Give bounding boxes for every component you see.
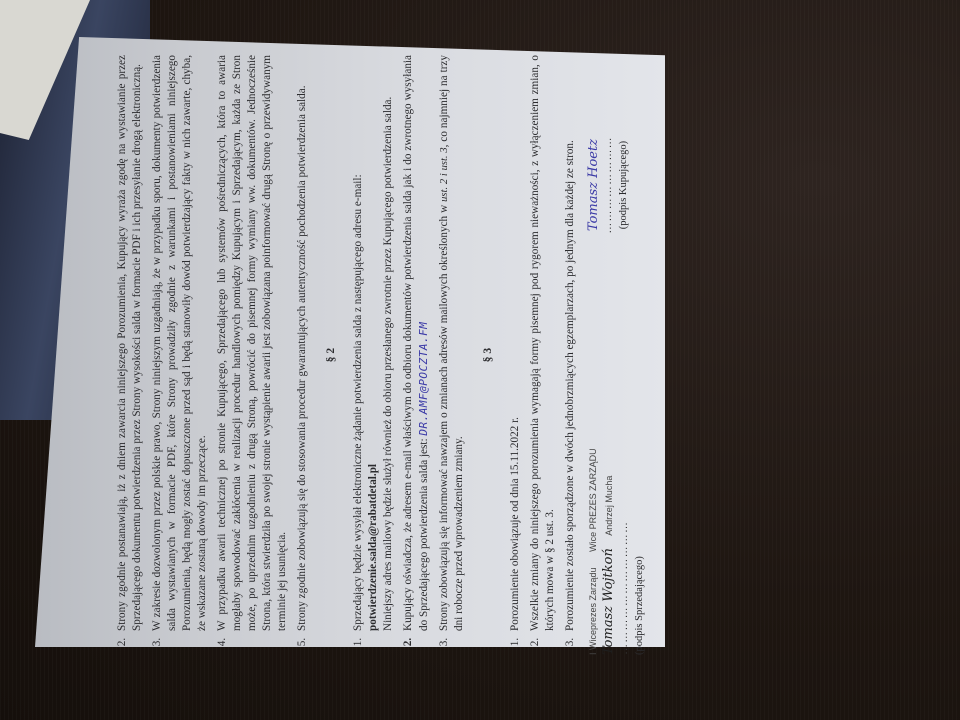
section3-item-3: Porozumienie zostało sporządzone w dwóch… — [563, 55, 578, 635]
section1-item-3: W zakresie dozwolonym przez polskie praw… — [150, 55, 210, 635]
section2-item1-text: Sprzedający będzie wysyłał elektroniczne… — [352, 174, 364, 631]
buyer-signature-caption: (podpis Kupującego) — [616, 105, 631, 265]
buyer-signature-line: …………………… — [601, 105, 616, 265]
section3-list: Porozumienie obowiązuje od dnia 15.11.20… — [508, 55, 578, 655]
section2-item3-ref: ust. 2 i ust. 3 — [439, 147, 450, 201]
seller-stamp-2: Wice PREZES ZARZĄDU — [588, 448, 598, 552]
signatures-area: I Wiceprezes Zarządu Wice PREZES ZARZĄDU… — [586, 55, 666, 655]
section2-heading: § 2 — [324, 55, 339, 655]
section2-item-2: Kupujący oświadcza, że adresem e-mail wł… — [401, 55, 432, 635]
section2-item3-text: Strony zobowiązują się informować nawzaj… — [438, 205, 450, 631]
section2-list: Sprzedający będzie wysyłał elektroniczne… — [351, 55, 467, 655]
seller-signature-1: Tomasz Wojtkoń — [601, 548, 616, 655]
seller-signature-line: …………………………… — [617, 395, 632, 655]
seller-stamp-2-name: Andrzej Mucha — [604, 476, 614, 536]
section3-item-1: Porozumienie obowiązuje od dnia 15.11.20… — [508, 55, 523, 635]
section3-heading: § 3 — [481, 55, 496, 655]
agreement-document: Strony zgodnie postanawiają, iż z dniem … — [115, 55, 695, 655]
section2-item1-text-after: Niniejszy adres mailowy będzie służył ró… — [382, 97, 394, 631]
seller-signature-block: I Wiceprezes Zarządu Wice PREZES ZARZĄDU… — [586, 395, 647, 655]
section1-item-5: Strony zgodnie zobowiązują się do stosow… — [295, 55, 310, 635]
buyer-signature-block: Tomasz Hoetz …………………… (podpis Kupującego… — [586, 105, 631, 265]
section2-item-3: Strony zobowiązują się informować nawzaj… — [437, 55, 467, 635]
section2-item-1: Sprzedający będzie wysyłał elektroniczne… — [351, 55, 396, 635]
section1-list: Strony zgodnie postanawiają, iż z dniem … — [115, 55, 310, 655]
section1-item-2: Strony zgodnie postanawiają, iż z dniem … — [115, 55, 145, 635]
buyer-signature: Tomasz Hoetz — [586, 105, 601, 265]
seller-signature-caption: (podpis Sprzedającego) — [632, 395, 647, 655]
seller-stamp-1: I Wiceprezes Zarządu — [588, 567, 598, 655]
section1-item-4: W przypadku awarii technicznej po stroni… — [215, 55, 290, 635]
buyer-handwritten-email: DR.AMF@POCZTA.FM — [417, 322, 430, 436]
section3-item-2: Wszelkie zmiany do niniejszego porozumie… — [528, 55, 558, 635]
seller-email: potwierdzenie.salda@rabatdetal.pl — [367, 464, 379, 631]
